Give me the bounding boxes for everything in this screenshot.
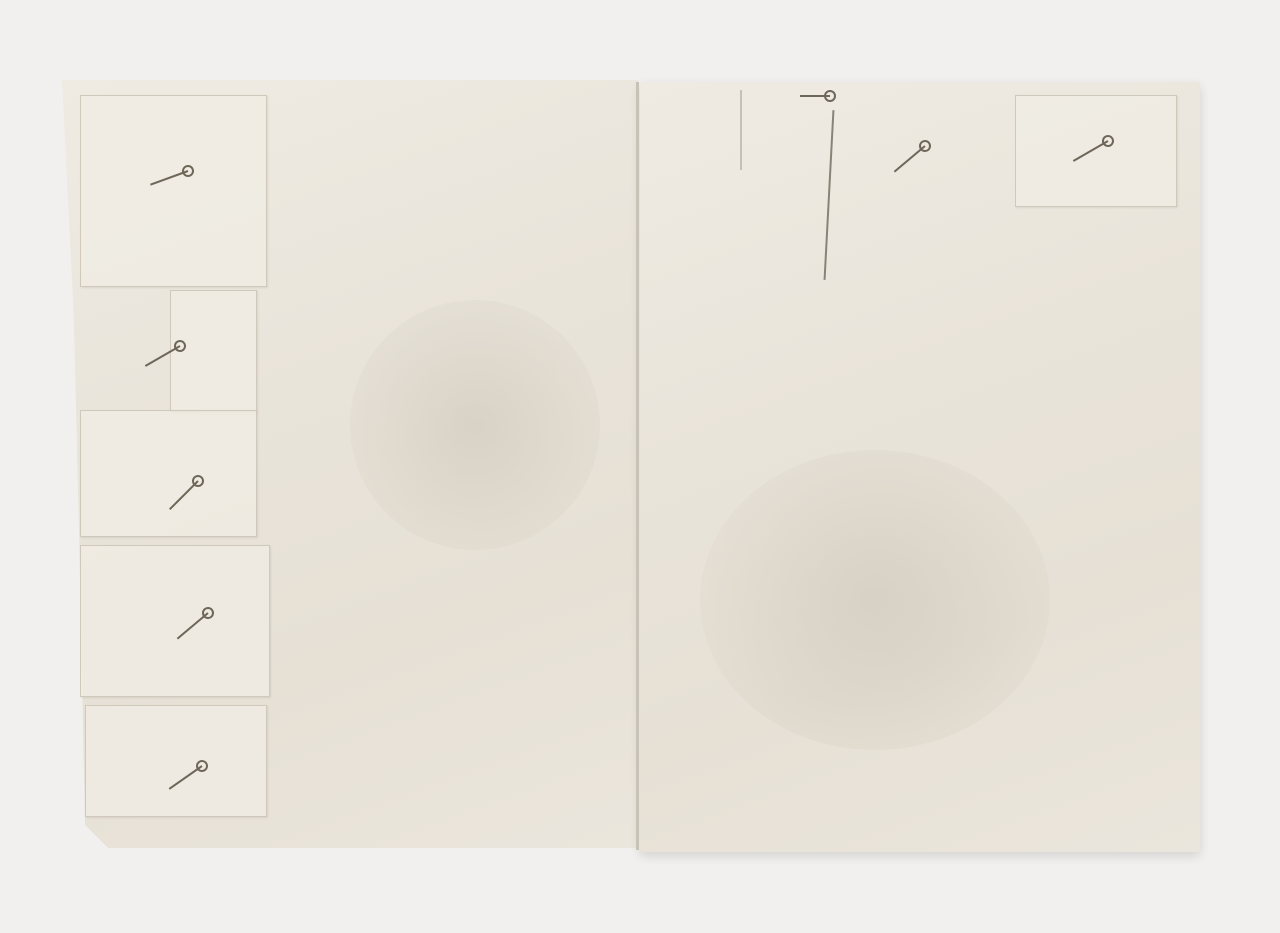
center-seam: [636, 82, 639, 850]
paper-stain: [350, 300, 600, 550]
paper-crack: [740, 90, 742, 170]
pin-icon: [800, 95, 830, 97]
paper-patch: [80, 95, 267, 287]
paper-stain: [700, 450, 1050, 750]
paper-patch: [1015, 95, 1177, 207]
paper-patch: [85, 705, 267, 817]
paper-patch: [80, 410, 257, 537]
paper-patch: [80, 545, 270, 697]
